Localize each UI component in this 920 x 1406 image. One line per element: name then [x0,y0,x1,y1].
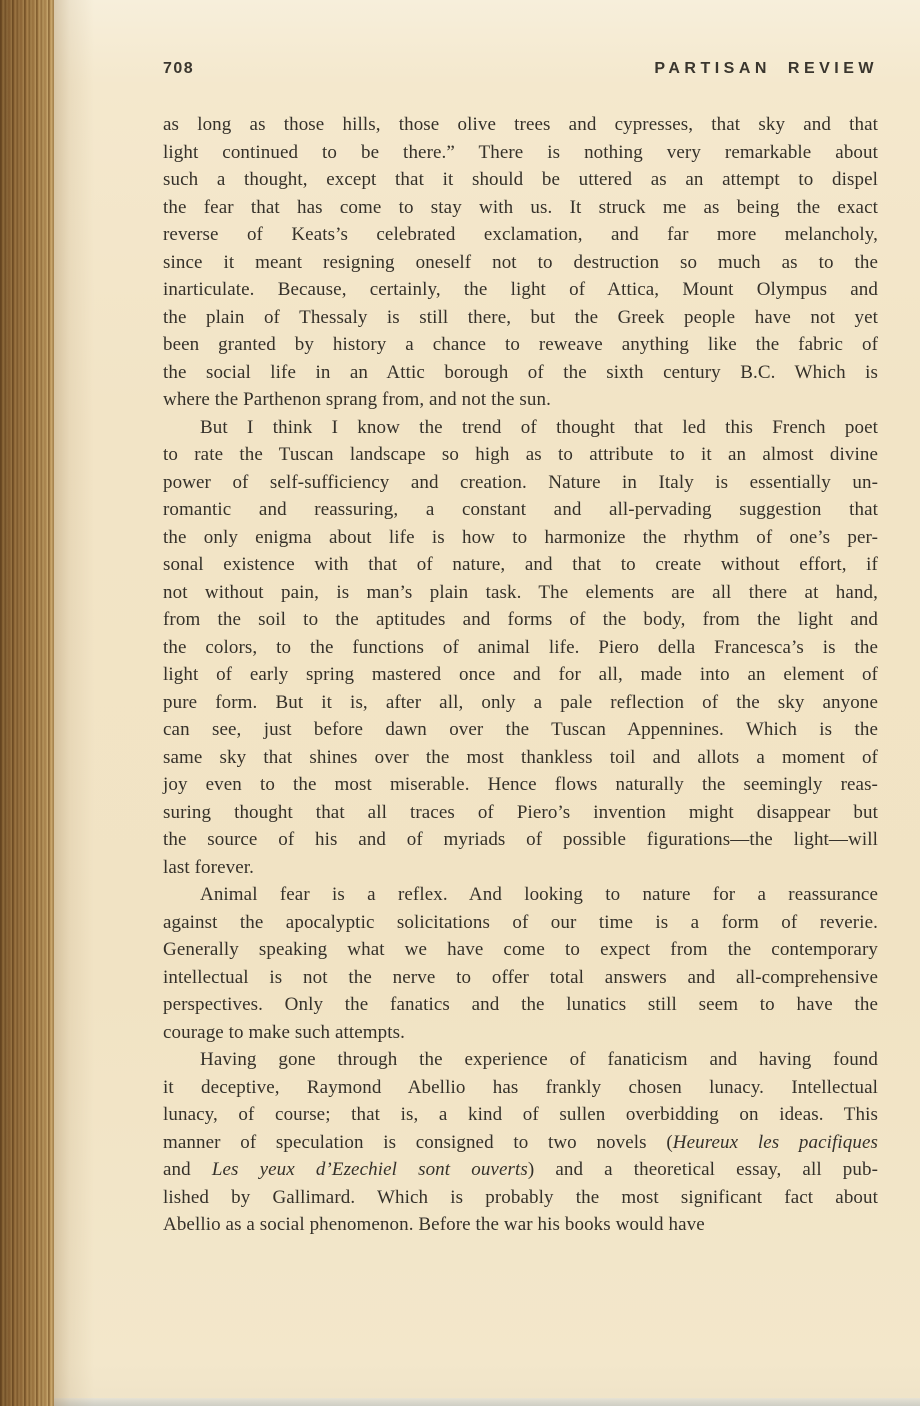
text-line: since it meant resigning oneself not to … [163,249,878,277]
text-line: perspectives. Only the fanatics and the … [163,991,878,1019]
text-line: power of self-sufficiency and creation. … [163,469,878,497]
text-line: Having gone through the experience of fa… [163,1046,878,1074]
text-line: as long as those hills, those olive tree… [163,111,878,139]
text-line: But I think I know the trend of thought … [163,414,878,442]
text-line: light of early spring mastered once and … [163,661,878,689]
text-line: reverse of Keats’s celebrated exclamatio… [163,221,878,249]
text-line: the social life in an Attic borough of t… [163,359,878,387]
text-line: Generally speaking what we have come to … [163,936,878,964]
text-line: inarticulate. Because, certainly, the li… [163,276,878,304]
text-line: light continued to be there.” There is n… [163,139,878,167]
journal-title: PARTISAN REVIEW [654,60,878,78]
text-line: where the Parthenon sprang from, and not… [163,386,878,414]
text-line: the colors, to the functions of animal l… [163,634,878,662]
text-line: from the soil to the aptitudes and forms… [163,606,878,634]
text-line: the plain of Thessaly is still there, bu… [163,304,878,332]
paragraph: Animal fear is a reflex. And looking to … [163,881,878,1046]
paragraph: as long as those hills, those olive tree… [163,111,878,414]
text-line: the fear that has come to stay with us. … [163,194,878,222]
book-page-edge-strip [0,0,54,1406]
paragraph: But I think I know the trend of thought … [163,414,878,882]
text-line: against the apocalyptic solicitations of… [163,909,878,937]
text-line: joy even to the most miserable. Hence fl… [163,771,878,799]
text-line: sonal existence with that of nature, and… [163,551,878,579]
text-line: Animal fear is a reflex. And looking to … [163,881,878,909]
text-line: same sky that shines over the most thank… [163,744,878,772]
text-line: lished by Gallimard. Which is probably t… [163,1184,878,1212]
page-body: as long as those hills, those olive tree… [163,111,878,1239]
text-line: the only enigma about life is how to har… [163,524,878,552]
text-line: suring thought that all traces of Piero’… [163,799,878,827]
text-line: it deceptive, Raymond Abellio has frankl… [163,1074,878,1102]
text-line: pure form. But it is, after all, only a … [163,689,878,717]
text-line: such a thought, except that it should be… [163,166,878,194]
text-line: romantic and reassuring, a constant and … [163,496,878,524]
text-line: been granted by history a chance to rewe… [163,331,878,359]
text-line: last forever. [163,854,878,882]
page-number: 708 [163,60,194,78]
text-line: the source of his and of myriads of poss… [163,826,878,854]
text-line: can see, just before dawn over the Tusca… [163,716,878,744]
text-line: manner of speculation is consigned to tw… [163,1129,878,1157]
text-line: Abellio as a social phenomenon. Before t… [163,1211,878,1239]
running-head: 708 PARTISAN REVIEW [163,60,878,78]
text-line: intellectual is not the nerve to offer t… [163,964,878,992]
text-line: and Les yeux d’Ezechiel sont ouverts) an… [163,1156,878,1184]
text-line: to rate the Tuscan landscape so high as … [163,441,878,469]
scanned-book-page: 708 PARTISAN REVIEW as long as those hil… [0,0,920,1406]
paragraph: Having gone through the experience of fa… [163,1046,878,1239]
text-line: courage to make such attempts. [163,1019,878,1047]
text-line: lunacy, of course; that is, a kind of su… [163,1101,878,1129]
page-surface: 708 PARTISAN REVIEW as long as those hil… [54,0,920,1406]
text-line: not without pain, is man’s plain task. T… [163,579,878,607]
